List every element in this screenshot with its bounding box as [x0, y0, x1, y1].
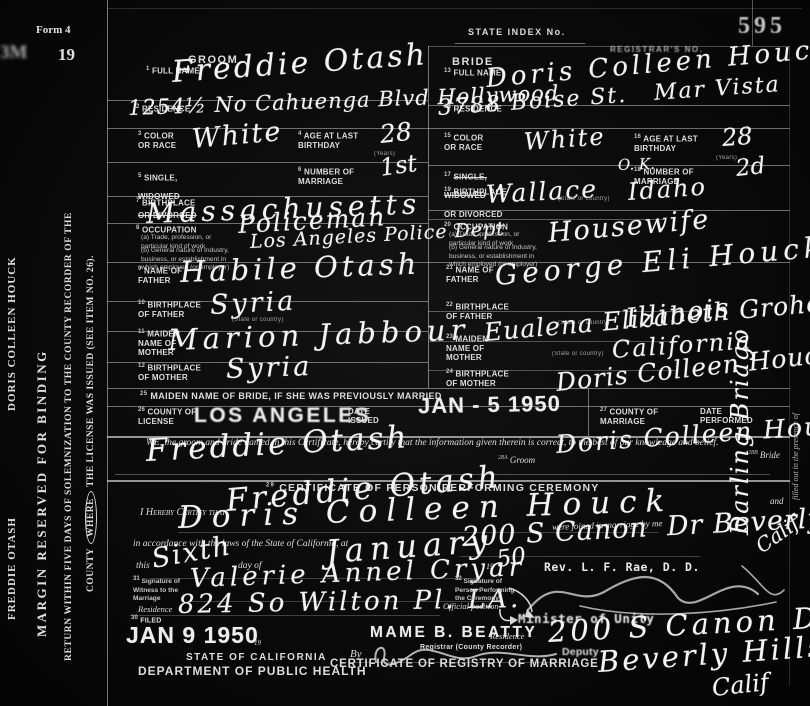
- groom-father-birthplace-value: Syria: [209, 287, 297, 318]
- groom-signature-label: 28A Groom: [498, 455, 535, 465]
- state-index-label: STATE INDEX No.: [468, 27, 566, 38]
- margin-county-note: COUNTYWHERETHE LICENSE WAS ISSUED (SEE I…: [86, 192, 96, 592]
- registry-certificate-title: CERTIFICATE OF REGISTRY OF MARRIAGE: [330, 658, 599, 672]
- witness-residence-label: Residence: [138, 604, 172, 614]
- groom-father-label: 9 NAME OF FATHER: [138, 266, 182, 286]
- filed-year-prefix: 19: [254, 639, 261, 647]
- bride-age-label: 16 AGE AT LAST BIRTHDAY: [634, 134, 698, 154]
- margin-handwritten-annotation: Darling Briago: [728, 195, 752, 535]
- rule-line: [107, 8, 802, 9]
- form-number: Form 4: [36, 24, 71, 36]
- book-number: 19: [58, 45, 75, 65]
- groom-age-label: 4 AGE AT LAST BIRTHDAY: [298, 131, 358, 151]
- groom-father-value: Habile Otash: [179, 250, 420, 287]
- margin-binding-note: MARGIN RESERVED FOR BINDING: [34, 202, 50, 637]
- registrar-number: 595: [738, 13, 786, 40]
- county-of-license-label: 26 COUNTY OF LICENSE: [138, 407, 196, 427]
- county-word: COUNTY: [86, 548, 96, 592]
- rule-line: [455, 43, 585, 44]
- witness-signature-label: 31 Signature of Witness to the Marriage: [133, 576, 180, 604]
- where-word-circled: WHERE: [85, 491, 97, 544]
- state-or-country-hint: (State or country): [552, 351, 604, 357]
- marriage-certificate-photostat: Form 4 3M 19 FREDDIE OTASH DORIS COLLEEN…: [0, 0, 810, 706]
- performer-residence-state: Calif: [711, 670, 770, 700]
- state-of-california-label: STATE OF CALIFORNIA: [186, 652, 327, 664]
- form-left-border: [107, 0, 108, 706]
- groom-color-label: 3 COLOR OR RACE: [138, 131, 176, 151]
- margin-bride-name: DORIS COLLEEN HOUCK: [6, 186, 18, 411]
- groom-father-birthplace-label: 10 BIRTHPLACE OF FATHER: [138, 300, 201, 320]
- margin-groom-name: FREDDIE OTASH: [6, 440, 18, 620]
- registrar-title-label: Registrar (County Recorder): [420, 644, 522, 652]
- groom-mother-value: Marion Jabbour: [167, 315, 469, 355]
- bride-father-value: George Eli Houck: [494, 233, 810, 290]
- margin-filled-out-note: filled out in the presence of: [791, 240, 800, 500]
- groom-age-value: 28: [379, 119, 413, 147]
- groom-marriage-number-label: 6 NUMBER OF MARRIAGE: [298, 167, 354, 187]
- groom-color-value: White: [191, 118, 284, 153]
- state-or-country-hint: (State or country): [558, 196, 610, 202]
- groom-full-name-value: Freddie Otash: [171, 40, 429, 88]
- bride-mother-birthplace-label: 24 BIRTHPLACE OF MOTHER: [446, 369, 509, 389]
- bride-age-value: 28: [721, 124, 753, 150]
- license-issued-note: THE LICENSE WAS ISSUED (SEE ITEM NO. 26)…: [86, 255, 96, 487]
- bride-marriage-number-value: 2d: [735, 155, 767, 181]
- official-position-label: Official position: [443, 601, 499, 611]
- groom-mother-birthplace-value: Syria: [226, 353, 313, 383]
- bride-color-value: White: [523, 124, 606, 154]
- bride-birthplace-state-value: Idaho: [627, 175, 708, 204]
- bride-father-label: 21 NAME OF FATHER: [446, 265, 494, 285]
- filed-date-stamp: JAN 9 1950: [126, 622, 259, 649]
- bride-color-label: 15 COLOR OR RACE: [444, 133, 483, 153]
- date-issued-stamp: JAN - 5 1950: [418, 391, 561, 419]
- bride-mother-label: 23 MAIDEN NAME OF MOTHER: [446, 334, 488, 362]
- groom-signature: Freddie Otash: [145, 422, 410, 467]
- deputy-label: Deputy: [562, 646, 599, 658]
- corner-ink-stamp: 3M: [0, 42, 27, 64]
- bride-birthplace-value: Wallace: [485, 176, 598, 207]
- groom-mother-birthplace-label: 12 BIRTHPLACE OF MOTHER: [138, 363, 201, 383]
- groom-marriage-number-value: 1st: [378, 151, 418, 180]
- previous-maiden-name-label: 25 MAIDEN NAME OF BRIDE, IF SHE WAS PREV…: [140, 391, 442, 402]
- margin-return-note: RETURN WITHIN FIVE DAYS OF SOLEMNIZATION…: [64, 186, 74, 661]
- this-text: this: [136, 561, 150, 571]
- bride-occupation-value: Housewife: [547, 206, 711, 247]
